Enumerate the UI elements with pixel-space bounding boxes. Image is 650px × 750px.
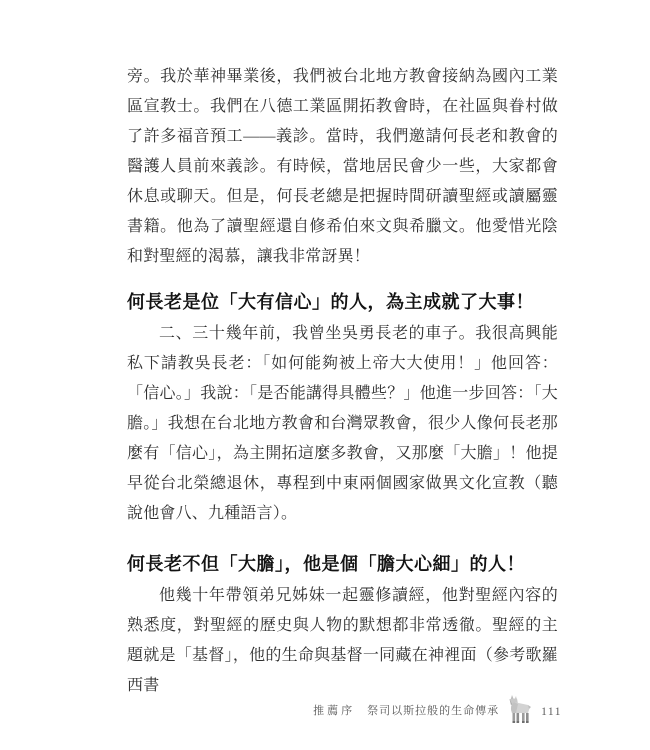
page-number: 111 [541,706,562,724]
page-footer: 推薦序 祭司以斯拉般的生命傳承 [313,692,562,724]
page-content: 旁。我於華神畢業後，我們被台北地方教會接納為國內工業區宣教士。我們在八德工業區開… [127,62,558,701]
body-paragraph-2: 二、三十幾年前，我曾坐吳勇長老的車子。我很高興能私下請教吳長老：「如何能夠被上帝… [127,319,558,529]
footer-section-label: 推薦序 [313,702,355,724]
goat-icon [506,694,532,724]
footer-chapter-title: 祭司以斯拉般的生命傳承 [367,702,499,724]
body-paragraph-3: 他幾十年帶領弟兄姊妹一起靈修讀經，他對聖經內容的熟悉度，對聖經的歷史與人物的默想… [127,581,558,701]
section-heading-2: 何長老不但「大膽」，他是個「膽大心細」的人！ [127,549,558,579]
book-page: 旁。我於華神畢業後，我們被台北地方教會接納為國內工業區宣教士。我們在八德工業區開… [0,0,650,750]
body-paragraph-1: 旁。我於華神畢業後，我們被台北地方教會接納為國內工業區宣教士。我們在八德工業區開… [127,62,558,272]
section-heading-1: 何長老是位「大有信心」的人，為主成就了大事！ [127,287,558,317]
